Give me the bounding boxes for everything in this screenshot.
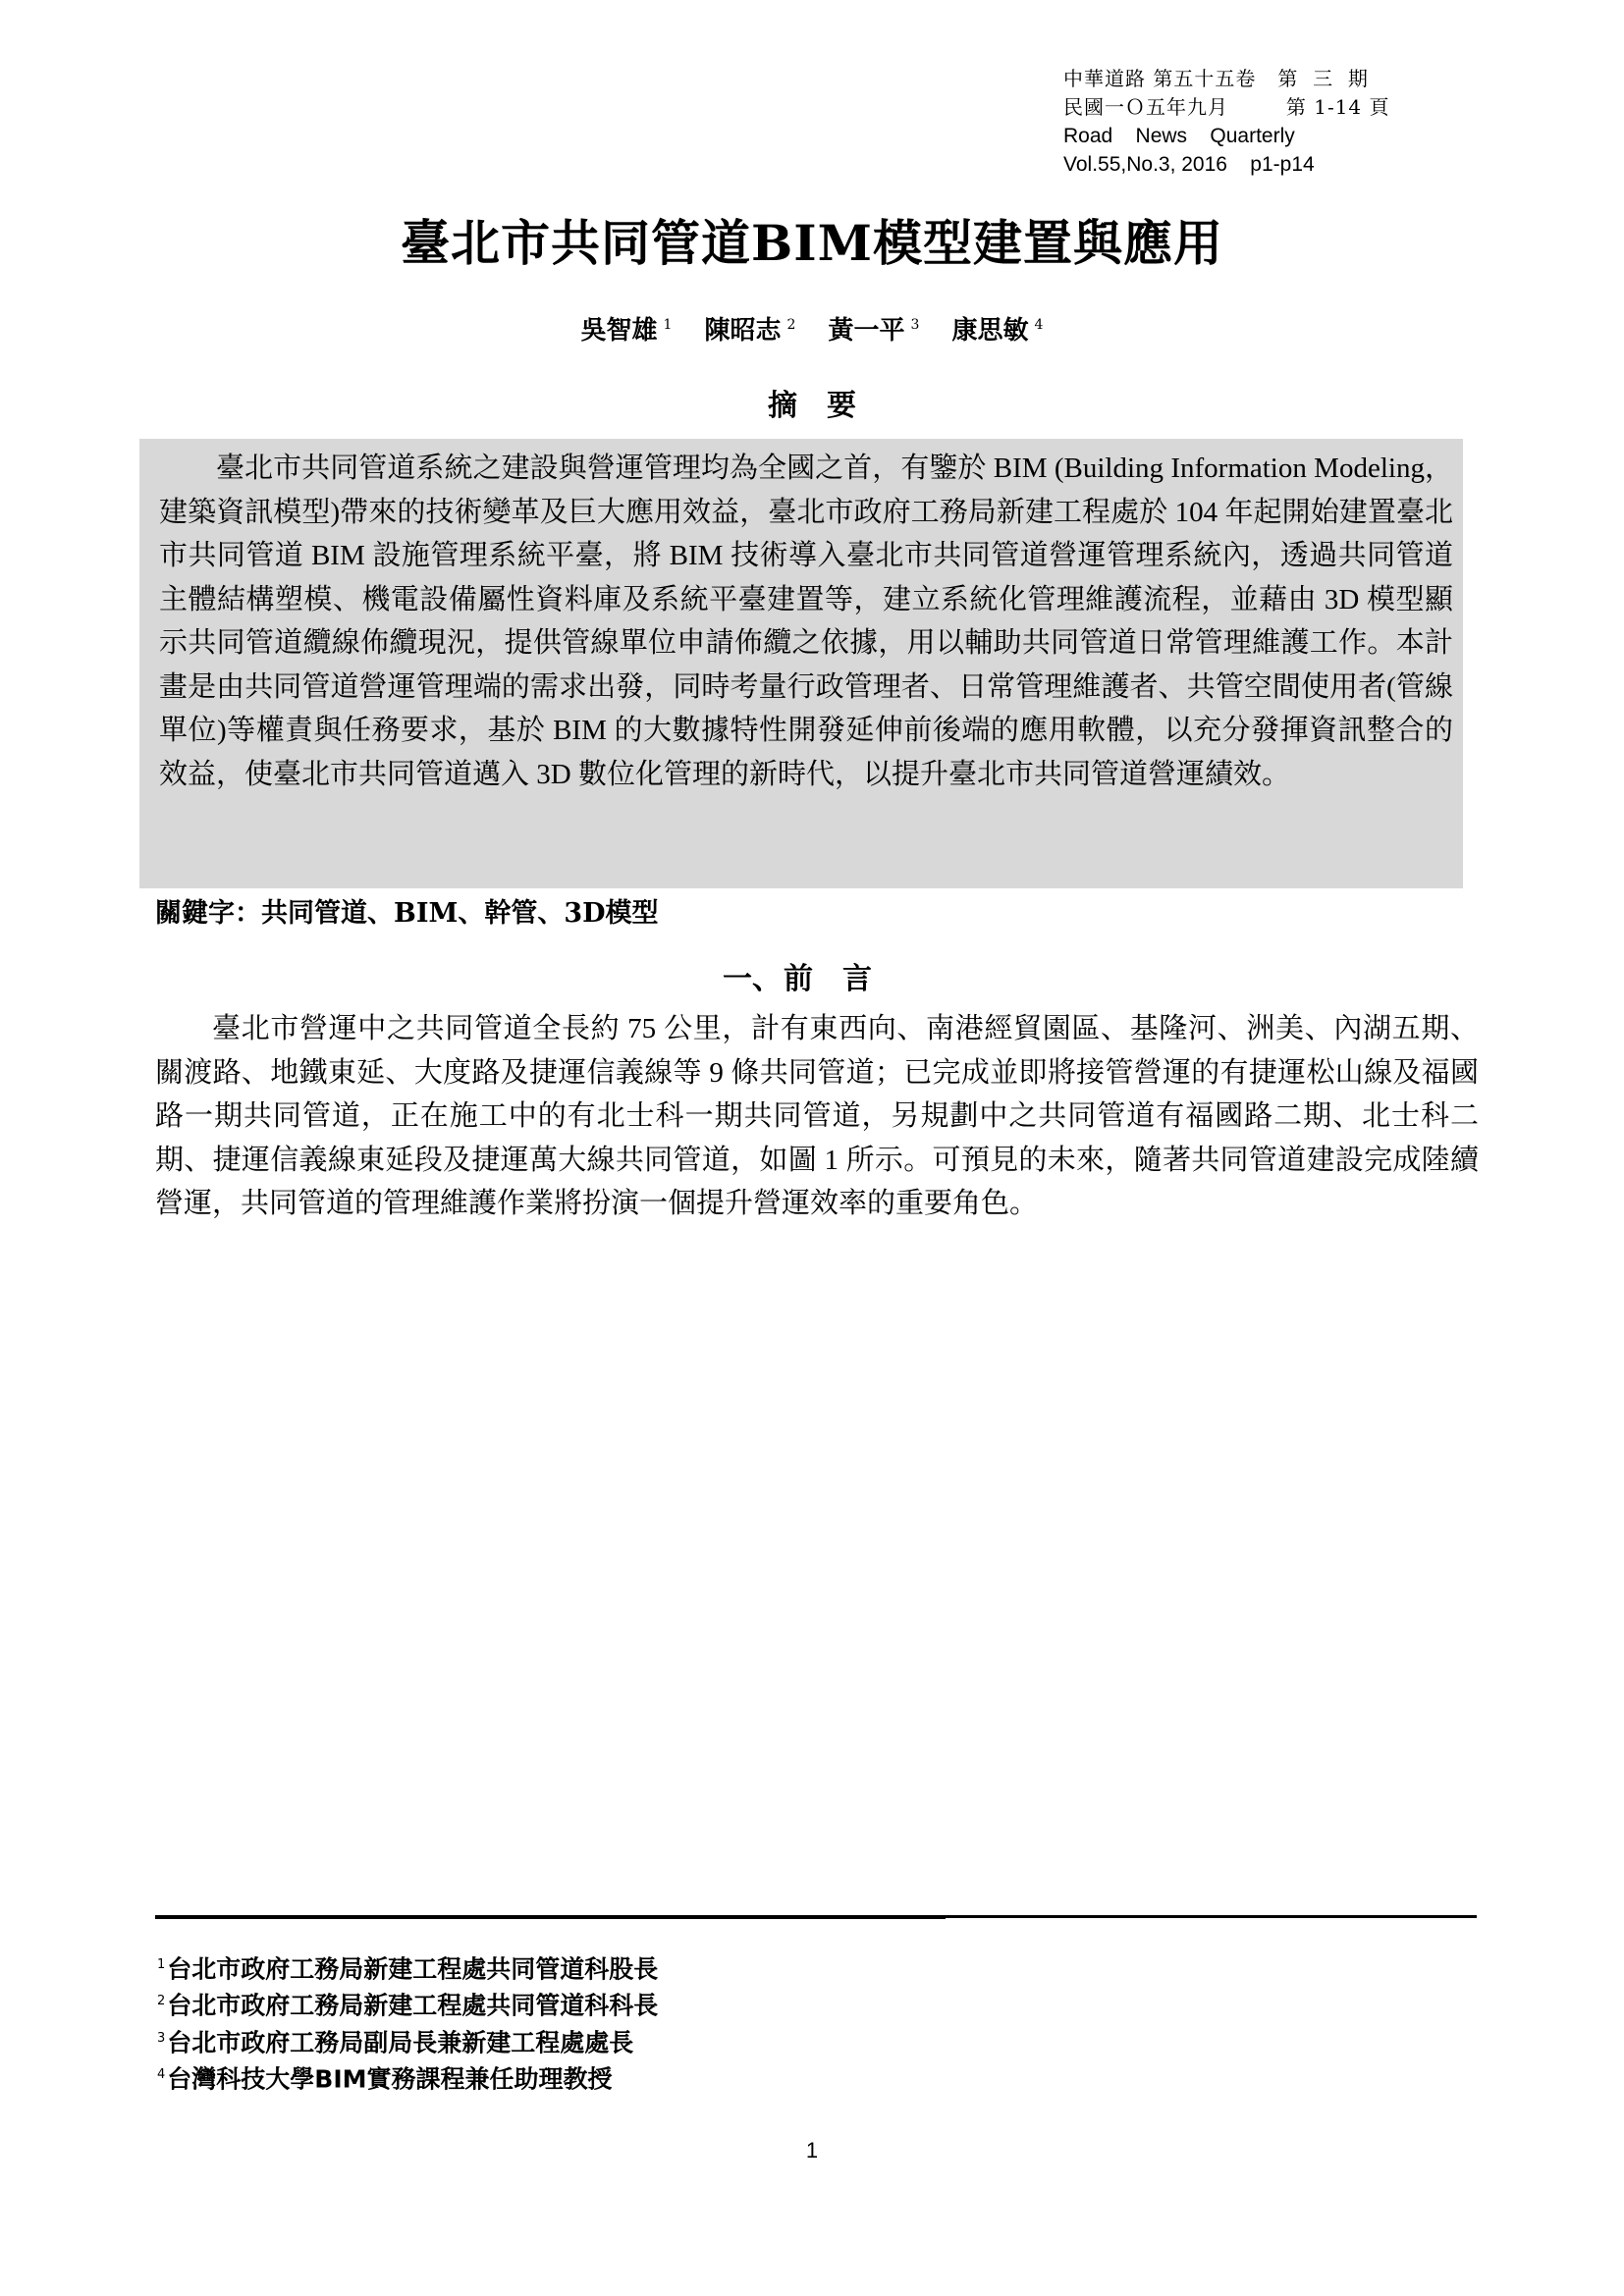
abstract-box: 臺北市共同管道系統之建設與營運管理均為全國之首，有鑒於 BIM (Buildin…: [139, 439, 1463, 888]
author-3: 黃一平3: [829, 316, 920, 346]
author-list: 吳智雄1 陳昭志2 黃一平3 康思敏4: [0, 310, 1624, 347]
paper-title: 臺北市共同管道BIM模型建置與應用: [0, 214, 1624, 273]
journal-info: 中華道路 第五十五卷 第 三 期 民國一Ｏ五年九月 第 1-14 頁 Road …: [1063, 65, 1476, 179]
author-ref: 3: [911, 317, 920, 333]
author-ref: 4: [1035, 317, 1044, 333]
author-ref: 2: [787, 317, 796, 333]
footnote-2: 2台北市政府工務局新建工程處共同管道科科長: [157, 1985, 658, 2021]
footnote-1: 1台北市政府工務局新建工程處共同管道科股長: [157, 1949, 658, 1985]
journal-date-pages-line: 民國一Ｏ五年九月 第 1-14 頁: [1063, 93, 1476, 122]
author-ref: 1: [664, 317, 673, 333]
keywords: 關鍵字：共同管道、BIM、幹管、3D模型: [155, 891, 659, 930]
section-title: 前言: [784, 962, 901, 996]
footnote-separator: [155, 1915, 1477, 1918]
introduction-paragraph: 臺北市營運中之共同管道全長約 75 公里，計有東西向、南港經貿園區、基隆河、洲美…: [155, 1007, 1479, 1226]
author-1: 吳智雄1: [581, 316, 673, 346]
journal-issue-line: 中華道路 第五十五卷 第 三 期: [1063, 65, 1476, 93]
section-heading-introduction: 一、前言: [0, 954, 1624, 997]
abstract-heading: 摘要: [0, 381, 1624, 424]
journal-volume-en: Vol.55,No.3, 2016 p1-p14: [1063, 150, 1476, 179]
section-number: 一、: [723, 962, 782, 996]
footnote-3: 3台北市政府工務局副局長兼新建工程處處長: [157, 2022, 658, 2058]
page-number: 1: [0, 2138, 1624, 2163]
journal-name-en: Road News Quarterly: [1063, 122, 1476, 150]
footnote-4: 4台灣科技大學BIM實務課程兼任助理教授: [157, 2058, 658, 2095]
author-4: 康思敏4: [952, 316, 1044, 346]
author-2: 陳昭志2: [705, 316, 796, 346]
abstract-text: 臺北市共同管道系統之建設與營運管理均為全國之首，有鑒於 BIM (Buildin…: [159, 447, 1453, 796]
footnotes: 1台北市政府工務局新建工程處共同管道科股長 2台北市政府工務局新建工程處共同管道…: [157, 1949, 658, 2095]
